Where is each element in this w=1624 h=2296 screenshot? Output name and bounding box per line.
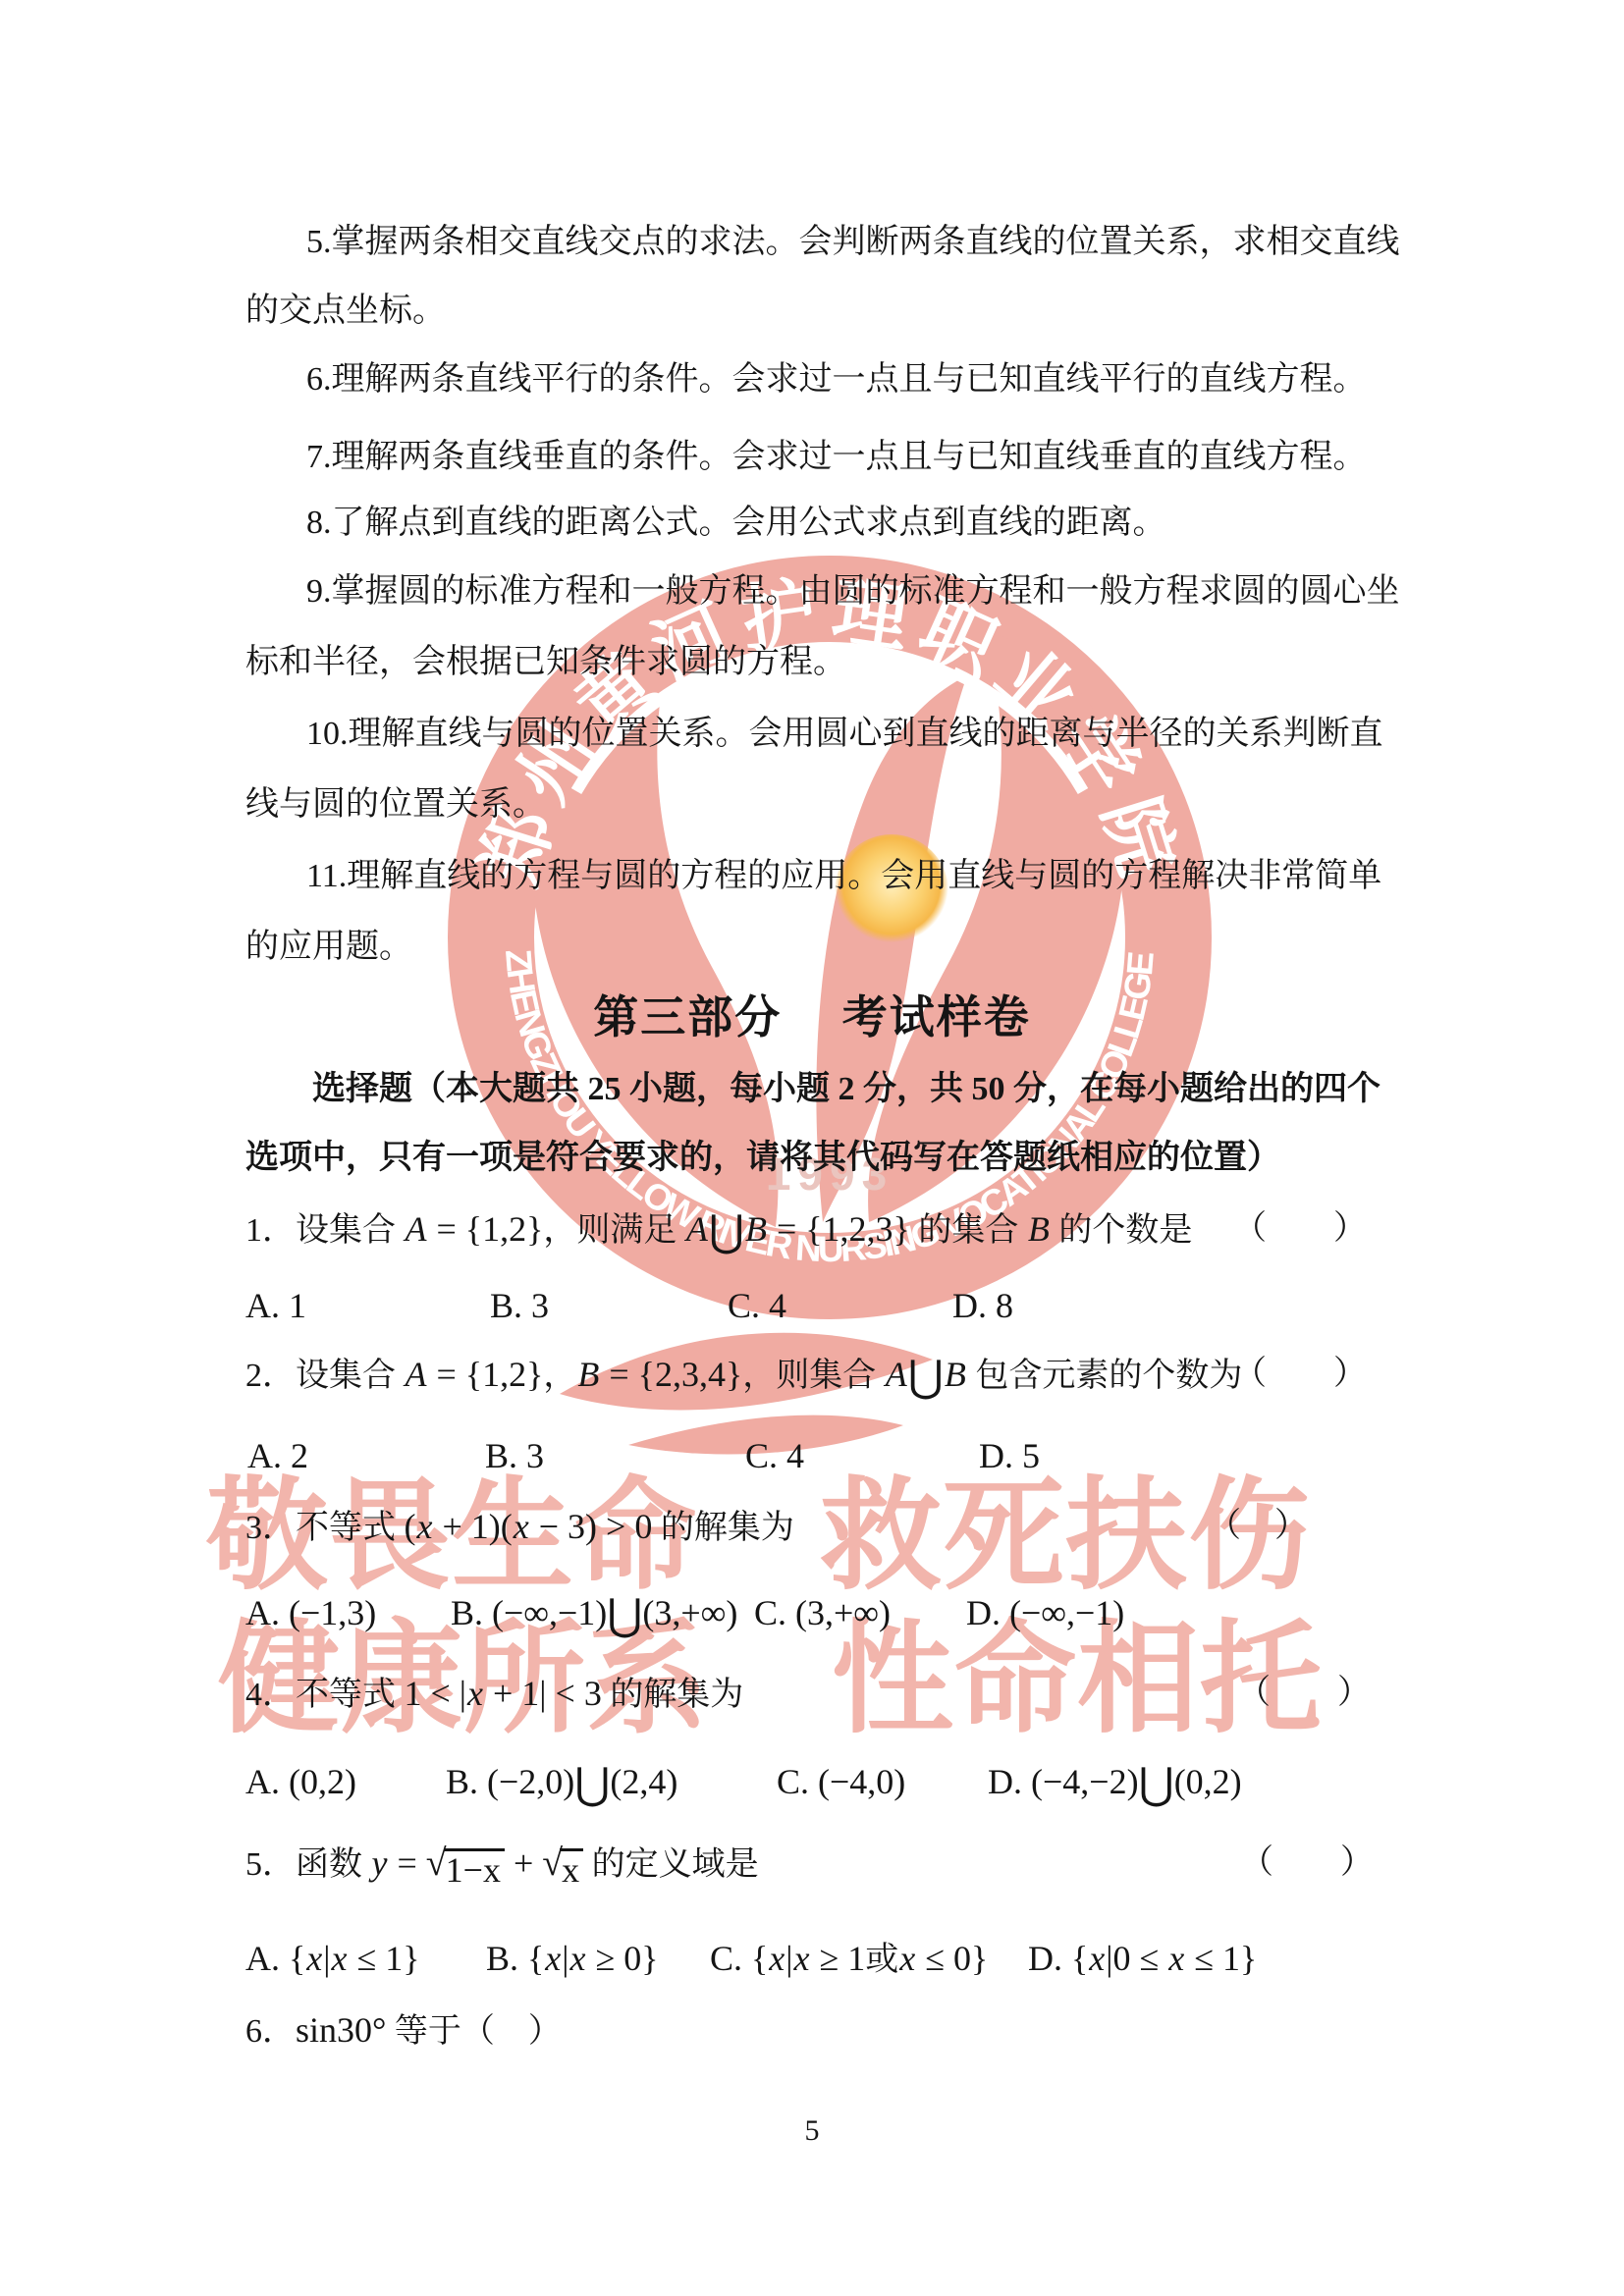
section-heading: 第三部分 考试样卷: [0, 983, 1624, 1053]
question-3-options: A. (−1,3) B. (−∞,−1)⋃(3,+∞) C. (3,+∞) D.…: [245, 1577, 1389, 1648]
text-segment: C. (−4,0): [777, 1762, 905, 1801]
question-6-text: 6．sin30° 等于（ ）: [245, 2013, 562, 2050]
text-segment: x: [768, 1939, 785, 1978]
text-segment: (3,+∞): [642, 1593, 737, 1632]
syllabus-item-6: 6.理解两条直线平行的条件。会求过一点且与已知直线平行的直线方程。: [245, 345, 1450, 415]
syllabus-item-5-line2: 的交点坐标。: [245, 276, 1389, 347]
option-a: A. 1: [245, 1270, 306, 1343]
text-segment: 包含元素的个数为: [967, 1358, 1243, 1394]
question-5-answer-blank: （ ）: [1240, 1828, 1374, 1898]
option-d: D. {x|0 ≤ x ≤ 1}: [1028, 1923, 1257, 1996]
question-3-text: 3．不等式 (x + 1)(x − 3) > 0 的解集为: [245, 1510, 794, 1546]
text-segment: B. (−2,0): [446, 1762, 574, 1801]
text-segment: +: [505, 1843, 542, 1883]
text-segment: x: [1167, 1939, 1185, 1978]
question-4-stem: 4．不等式 1 < |x + 1| < 3 的解集为 （ ）: [245, 1658, 1389, 1729]
question-2-stem: 2．设集合 A = {1,2}，B = {2,3,4}，则集合 A⋃B 包含元素…: [245, 1339, 1389, 1410]
text-segment: D. (−4,−2): [988, 1762, 1139, 1801]
option-a: A. {x|x ≤ 1}: [245, 1923, 420, 1996]
option-c: C. {x|x ≥ 1或x ≤ 0}: [710, 1923, 988, 1996]
question-4-answer-blank: （ ）: [1237, 1658, 1371, 1729]
text-segment: 2．设集合: [245, 1358, 405, 1394]
text-segment: 4．不等式: [245, 1677, 405, 1713]
text-segment: ≥ 1: [810, 1939, 865, 1978]
text-segment: C. {: [710, 1939, 768, 1978]
question-2-answer-blank: （ ）: [1233, 1339, 1367, 1410]
text-segment: A. (0,2): [245, 1762, 356, 1801]
text-segment: 的解集为: [602, 1677, 744, 1713]
text-segment: 的个数是: [1051, 1212, 1193, 1249]
text-segment: x: [416, 1507, 434, 1546]
text-segment: ⋃: [908, 1352, 944, 1402]
text-segment: = {1,2,3}: [768, 1209, 910, 1249]
text-segment: D. 5: [979, 1436, 1040, 1475]
option-c: C. 4: [728, 1270, 786, 1343]
text-segment: ，则满足: [543, 1212, 685, 1249]
text-segment: ，: [543, 1358, 576, 1394]
question-6-stem: 6．sin30° 等于（ ）: [245, 1995, 1389, 2065]
text-segment: A. {: [245, 1939, 305, 1978]
text-segment: = {2,3,4}: [600, 1355, 742, 1394]
syllabus-item-5-line1: 5.掌握两条相交直线交点的求法。会判断两条直线的位置关系，求相交直线: [245, 207, 1450, 278]
text-segment: ⋃: [709, 1206, 744, 1256]
text-segment: |: [785, 1939, 792, 1978]
option-b: B. (−2,0)⋃(2,4): [446, 1746, 677, 1819]
syllabus-item-11-line1: 11.理解直线的方程与圆的方程的应用。会用直线与圆的方程解决非常简单: [245, 841, 1450, 912]
question-5-text: 5．函数 y = √1−x + √x 的定义域是: [245, 1846, 759, 1883]
text-segment: + 1| < 3: [484, 1674, 602, 1713]
text-segment: A: [405, 1209, 428, 1249]
radical-expression: √x: [542, 1843, 583, 1883]
text-segment: ≤ 1}: [1185, 1939, 1257, 1978]
text-segment: B. 3: [485, 1436, 544, 1475]
text-segment: A. 2: [247, 1436, 308, 1475]
text-segment: x: [466, 1674, 484, 1713]
question-3-answer-blank: （ ）: [1208, 1491, 1308, 1562]
radical-expression: √1−x: [426, 1843, 505, 1883]
option-b: B. 3: [485, 1420, 544, 1493]
text-segment: 1 < |: [405, 1674, 467, 1713]
syllabus-item-11-line2: 的应用题。: [245, 912, 1389, 983]
syllabus-item-9-line1: 9.掌握圆的标准方程和一般方程。由圆的标准方程和一般方程求圆的圆心坐: [245, 557, 1450, 627]
text-segment: |: [562, 1939, 568, 1978]
text-segment: ≤ 1}: [348, 1939, 419, 1978]
question-2-options: A. 2 B. 3 C. 4 D. 5: [245, 1420, 1389, 1491]
question-4-options: A. (0,2) B. (−2,0)⋃(2,4) C. (−4,0) D. (−…: [245, 1746, 1389, 1817]
option-d: D. (−4,−2)⋃(0,2): [988, 1746, 1242, 1819]
text-segment: 等于（ ）: [386, 2013, 562, 2050]
text-segment: 3．不等式: [245, 1510, 405, 1546]
text-segment: |0 ≤: [1106, 1939, 1167, 1978]
question-1-text: 1．设集合 A = {1,2}，则满足 A⋃B = {1,2,3} 的集合 B …: [245, 1212, 1192, 1249]
text-segment: ≤ 0}: [916, 1939, 988, 1978]
option-b: B. {x|x ≥ 0}: [486, 1923, 659, 1996]
text-segment: B: [944, 1355, 967, 1394]
option-d: D. (−∞,−1): [966, 1577, 1124, 1650]
option-a: A. (0,2): [245, 1746, 356, 1819]
instructions-line2: 选项中，只有一项是符合要求的，请将其代码写在答题纸相应的位置）: [245, 1123, 1389, 1194]
text-segment: ，则集合: [742, 1358, 885, 1394]
option-c: C. 4: [745, 1420, 804, 1493]
text-segment: =: [388, 1843, 425, 1883]
option-d: D. 5: [979, 1420, 1040, 1493]
option-a: A. 2: [247, 1420, 308, 1493]
question-1-answer-blank: （ ）: [1233, 1194, 1367, 1264]
option-d: D. 8: [952, 1270, 1013, 1343]
text-segment: C. 4: [728, 1286, 786, 1325]
text-segment: B. (−∞,−1): [451, 1593, 607, 1632]
text-segment: D. {: [1028, 1939, 1088, 1978]
text-segment: ⋃: [1139, 1759, 1174, 1809]
text-segment: A: [405, 1355, 428, 1394]
instructions-line1: 选择题（本大题共 25 小题，每小题 2 分，共 50 分，在每小题给出的四个: [245, 1054, 1456, 1125]
text-segment: 1．设集合: [245, 1212, 405, 1249]
text-segment: (: [405, 1507, 416, 1546]
text-segment: A: [685, 1209, 709, 1249]
text-segment: 的解集为: [652, 1510, 794, 1546]
text-segment: 的定义域是: [583, 1846, 759, 1883]
question-5-stem: 5．函数 y = √1−x + √x 的定义域是 （ ）: [245, 1828, 1389, 1898]
text-segment: D. (−∞,−1): [966, 1593, 1124, 1632]
syllabus-item-8: 8.了解点到直线的距离公式。会用公式求点到直线的距离。: [245, 488, 1450, 559]
text-segment: − 3) > 0: [530, 1507, 653, 1546]
text-segment: B: [576, 1355, 600, 1394]
text-segment: x: [1088, 1939, 1106, 1978]
question-3-stem: 3．不等式 (x + 1)(x − 3) > 0 的解集为 （ ）: [245, 1491, 1389, 1562]
question-1-options: A. 1 B. 3 C. 4 D. 8: [245, 1270, 1389, 1341]
text-segment: A. (−1,3): [245, 1593, 376, 1632]
text-segment: y: [371, 1843, 389, 1883]
text-segment: (0,2): [1174, 1762, 1242, 1801]
text-segment: B: [1027, 1209, 1051, 1249]
option-c: C. (−4,0): [777, 1746, 905, 1819]
text-segment: x: [513, 1507, 530, 1546]
question-1-stem: 1．设集合 A = {1,2}，则满足 A⋃B = {1,2,3} 的集合 B …: [245, 1194, 1389, 1264]
text-segment: D. 8: [952, 1286, 1013, 1325]
option-c: C. (3,+∞): [754, 1577, 891, 1650]
text-segment: B. 3: [490, 1286, 549, 1325]
text-segment: x: [544, 1939, 562, 1978]
option-b: B. (−∞,−1)⋃(3,+∞): [451, 1577, 737, 1650]
text-segment: 5．函数: [245, 1846, 371, 1883]
text-segment: 6．: [245, 2013, 296, 2050]
syllabus-item-10-line1: 10.理解直线与圆的位置关系。会用圆心到直线的距离与半径的关系判断直: [245, 699, 1450, 770]
text-segment: x: [898, 1939, 916, 1978]
text-segment: B. {: [486, 1939, 544, 1978]
text-segment: ⋃: [607, 1590, 642, 1640]
text-segment: ⋃: [574, 1759, 610, 1809]
page-number: 5: [0, 2114, 1624, 2148]
text-segment: (2,4): [610, 1762, 677, 1801]
text-segment: sin30°: [296, 2010, 386, 2050]
option-b: B. 3: [490, 1270, 549, 1343]
text-segment: x: [330, 1939, 348, 1978]
text-segment: = {1,2}: [428, 1355, 544, 1394]
option-a: A. (−1,3): [245, 1577, 376, 1650]
question-2-text: 2．设集合 A = {1,2}，B = {2,3,4}，则集合 A⋃B 包含元素…: [245, 1358, 1242, 1394]
text-segment: x: [793, 1939, 811, 1978]
text-segment: 的集合: [910, 1212, 1027, 1249]
text-segment: C. (3,+∞): [754, 1593, 891, 1632]
text-segment: 或: [865, 1942, 898, 1978]
text-segment: = {1,2}: [428, 1209, 544, 1249]
syllabus-item-9-line2: 标和半径，会根据已知条件求圆的方程。: [245, 627, 1389, 698]
syllabus-item-7: 7.理解两条直线垂直的条件。会求过一点且与已知直线垂直的直线方程。: [245, 422, 1450, 493]
document-page: 郑州黄河护理职业学院 ZHENGZHOU YELLOW RIVER NURSIN…: [0, 0, 1624, 2296]
text-segment: A. 1: [245, 1286, 306, 1325]
question-4-text: 4．不等式 1 < |x + 1| < 3 的解集为: [245, 1677, 743, 1713]
text-segment: A: [885, 1355, 908, 1394]
text-segment: C. 4: [745, 1436, 804, 1475]
text-segment: x: [569, 1939, 587, 1978]
text-segment: ≥ 0}: [586, 1939, 658, 1978]
text-segment: + 1)(: [433, 1507, 512, 1546]
syllabus-item-10-line2: 线与圆的位置关系。: [245, 770, 1389, 840]
question-5-options: A. {x|x ≤ 1} B. {x|x ≥ 0} C. {x|x ≥ 1或x …: [245, 1923, 1389, 1994]
text-segment: B: [744, 1209, 768, 1249]
text-segment: x: [305, 1939, 323, 1978]
